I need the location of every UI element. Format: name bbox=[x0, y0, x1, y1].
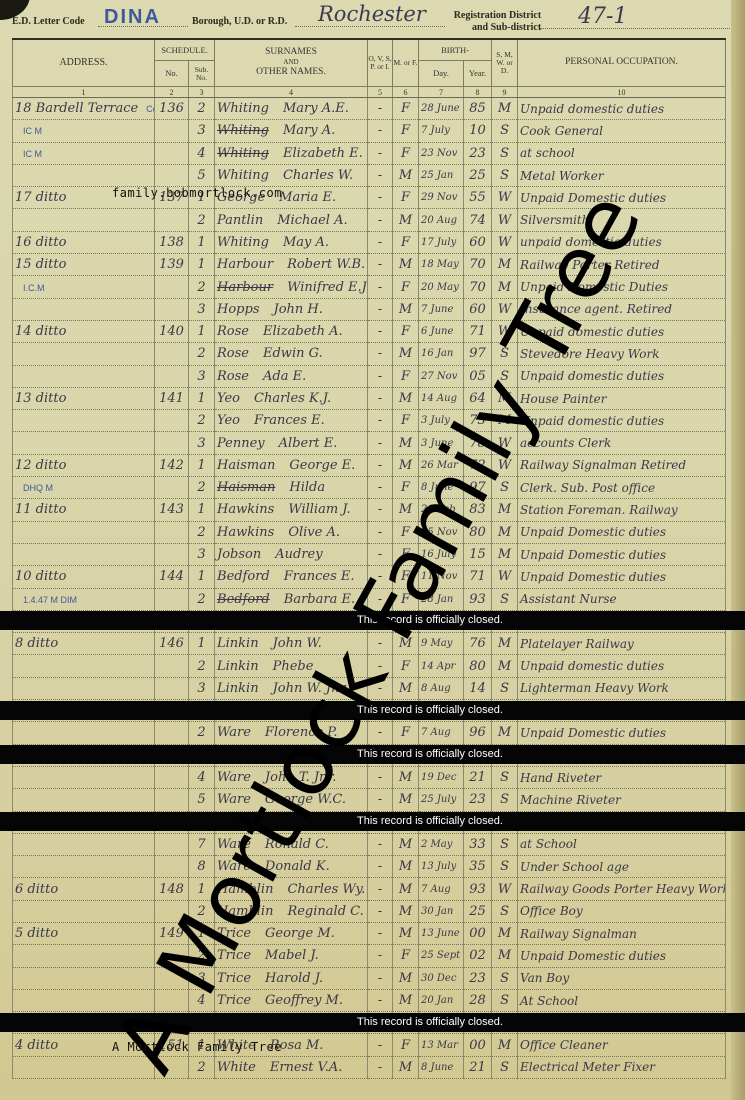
surname: Linkin bbox=[217, 636, 259, 651]
given-names: Michael A. bbox=[277, 213, 347, 228]
cell-name: WhitingElizabeth E. bbox=[215, 142, 368, 164]
column-number: 9 bbox=[492, 87, 518, 98]
cell-no bbox=[155, 789, 189, 811]
cell-address: 12 ditto bbox=[13, 454, 155, 476]
surname: Whiting bbox=[217, 101, 269, 116]
cell-occupation: at School bbox=[518, 833, 726, 855]
cell-occupation: Unpaid domestic duties bbox=[518, 98, 726, 120]
cell-year: 33 bbox=[464, 833, 492, 855]
surname: Rose bbox=[217, 369, 249, 384]
cell-status: M bbox=[492, 633, 518, 655]
cell-status: M bbox=[492, 543, 518, 565]
cell-address bbox=[13, 856, 155, 878]
cell-occupation: Clerk. Sub. Post office bbox=[518, 477, 726, 499]
cell-sex: F bbox=[393, 945, 419, 967]
cell-occupation: Railway Signalman Retired bbox=[518, 454, 726, 476]
given-names: George E. bbox=[289, 458, 355, 473]
cell-sub: 2 bbox=[189, 588, 215, 610]
cell-day: 17 July bbox=[419, 231, 464, 253]
cell-o: - bbox=[368, 254, 393, 276]
cell-sex: M bbox=[393, 766, 419, 788]
given-names: John H. bbox=[274, 302, 323, 317]
cell-name: WhitingMary A. bbox=[215, 120, 368, 142]
cell-address: 18 Bardell TerraceContd bbox=[13, 98, 155, 120]
cell-day: 16 Jan bbox=[419, 343, 464, 365]
cell-status: M bbox=[492, 945, 518, 967]
surname: Bedford bbox=[217, 569, 270, 584]
census-register-page: E.D. Letter Code DINA Borough, U.D. or R… bbox=[0, 0, 745, 1100]
cell-sub: 2 bbox=[189, 521, 215, 543]
given-names: Albert E. bbox=[279, 436, 338, 451]
col-schedule-no: No. bbox=[155, 61, 189, 87]
cell-status: S bbox=[492, 120, 518, 142]
surname: Whiting bbox=[217, 235, 269, 250]
cell-sex: M bbox=[393, 833, 419, 855]
cell-status: S bbox=[492, 677, 518, 699]
cell-sex: F bbox=[393, 120, 419, 142]
cell-sex: F bbox=[393, 320, 419, 342]
cell-o: - bbox=[368, 833, 393, 855]
cell-name: WhitingMary A.E. bbox=[215, 98, 368, 120]
cell-address bbox=[13, 677, 155, 699]
cell-sub: 5 bbox=[189, 789, 215, 811]
cell-no bbox=[155, 722, 189, 744]
cell-sub: 2 bbox=[189, 276, 215, 298]
given-names: William J. bbox=[288, 502, 350, 517]
cell-status: S bbox=[492, 789, 518, 811]
cell-o: - bbox=[368, 142, 393, 164]
cell-year: 80 bbox=[464, 655, 492, 677]
cell-year: 23 bbox=[464, 789, 492, 811]
col-birth-year: Year. bbox=[464, 61, 492, 87]
cell-sub: 4 bbox=[189, 142, 215, 164]
cell-occupation: Unpaid Domestic duties bbox=[518, 566, 726, 588]
census-row: DHQ M2HaismanHilda-F8 June97SClerk. Sub.… bbox=[13, 477, 726, 499]
registration-label-line-1: Registration District bbox=[454, 10, 541, 21]
cell-day: 7 July bbox=[419, 120, 464, 142]
margin-annotation: IC M bbox=[23, 126, 42, 136]
census-row: 7WareRonald C.-M2 May33Sat School bbox=[13, 833, 726, 855]
closed-record-text: This record is officially closed. bbox=[357, 812, 503, 831]
cell-year: 70 bbox=[464, 254, 492, 276]
cell-day: 23 Nov bbox=[419, 142, 464, 164]
census-row: 6 ditto1481HamblinCharles Wy.-M7 Aug93WR… bbox=[13, 878, 726, 900]
cell-address bbox=[13, 766, 155, 788]
cell-no bbox=[155, 120, 189, 142]
cell-no: 144 bbox=[155, 566, 189, 588]
address: 5 ditto bbox=[15, 926, 58, 941]
column-number: 5 bbox=[368, 87, 393, 98]
address: 13 ditto bbox=[15, 391, 66, 406]
given-names: Ada E. bbox=[263, 369, 306, 384]
closed-record-text: This record is officially closed. bbox=[357, 1013, 503, 1032]
cell-occupation: Unpaid Domestic duties bbox=[518, 945, 726, 967]
cell-address bbox=[13, 432, 155, 454]
cell-name: RoseElizabeth A. bbox=[215, 320, 368, 342]
cell-name: YeoCharles K.J. bbox=[215, 387, 368, 409]
cell-occupation: Cook General bbox=[518, 120, 726, 142]
cell-year: 21 bbox=[464, 1056, 492, 1078]
cell-no bbox=[155, 365, 189, 387]
given-names: George M. bbox=[265, 926, 335, 941]
cell-status: W bbox=[492, 566, 518, 588]
cell-status: S bbox=[492, 900, 518, 922]
surname: Pantlin bbox=[217, 213, 263, 228]
address: 10 ditto bbox=[15, 569, 66, 584]
given-names: Frances E. bbox=[284, 569, 355, 584]
cell-no bbox=[155, 677, 189, 699]
cell-sub: 1 bbox=[189, 254, 215, 276]
cell-no bbox=[155, 209, 189, 231]
cell-no bbox=[155, 588, 189, 610]
margin-annotation: DHQ M bbox=[23, 483, 53, 493]
cell-day: 20 Aug bbox=[419, 209, 464, 231]
cell-no: 146 bbox=[155, 633, 189, 655]
cell-day: 19 Dec bbox=[419, 766, 464, 788]
cell-o: - bbox=[368, 945, 393, 967]
cell-sub: 1 bbox=[189, 231, 215, 253]
cell-address: 14 ditto bbox=[13, 320, 155, 342]
given-names: Reginald C. bbox=[287, 904, 363, 919]
given-names: Geoffrey M. bbox=[265, 993, 343, 1008]
cell-o: - bbox=[368, 209, 393, 231]
cell-status: M bbox=[492, 922, 518, 944]
cell-status: M bbox=[492, 1034, 518, 1056]
column-number: 4 bbox=[215, 87, 368, 98]
surname: Harbour bbox=[217, 257, 273, 272]
closed-record-bar: This record is officially closed. bbox=[0, 812, 745, 831]
cell-year: 02 bbox=[464, 945, 492, 967]
cell-name: PantlinMichael A. bbox=[215, 209, 368, 231]
census-row: 3TriceHarold J.-M30 Dec23SVan Boy bbox=[13, 967, 726, 989]
cell-o: - bbox=[368, 454, 393, 476]
census-row: 12 ditto1421HaismanGeorge E.-M26 Mar72WR… bbox=[13, 454, 726, 476]
given-names: Charles K.J. bbox=[254, 391, 331, 406]
cell-sex: F bbox=[393, 410, 419, 432]
cell-year: 28 bbox=[464, 989, 492, 1011]
address: 17 ditto bbox=[15, 190, 66, 205]
census-row: 11 ditto1431HawkinsWilliam J.-M21 Feb83M… bbox=[13, 499, 726, 521]
footer-watermark: A Mortlock Family Tree bbox=[112, 1040, 282, 1054]
cell-address bbox=[13, 655, 155, 677]
cell-o: - bbox=[368, 120, 393, 142]
cell-sub: 1 bbox=[189, 499, 215, 521]
cell-o: - bbox=[368, 766, 393, 788]
census-row: 5WareGeorge W.C.-M25 July23SMachine Rive… bbox=[13, 789, 726, 811]
cell-occupation: Unpaid Domestic duties bbox=[518, 543, 726, 565]
given-names: Olive A. bbox=[288, 525, 340, 540]
cell-day: 8 June bbox=[419, 1056, 464, 1078]
cell-sub: 3 bbox=[189, 432, 215, 454]
cell-no bbox=[155, 856, 189, 878]
cell-sub: 3 bbox=[189, 298, 215, 320]
cell-sub: 2 bbox=[189, 477, 215, 499]
cell-address bbox=[13, 365, 155, 387]
cell-o: - bbox=[368, 410, 393, 432]
cell-occupation: Unpaid Domestic duties bbox=[518, 722, 726, 744]
cell-day: 7 June bbox=[419, 298, 464, 320]
cell-occupation: Machine Riveter bbox=[518, 789, 726, 811]
registration-district-label: Registration District and Sub-district bbox=[450, 10, 541, 33]
cell-status: M bbox=[492, 722, 518, 744]
cell-address bbox=[13, 298, 155, 320]
cell-address bbox=[13, 543, 155, 565]
cell-sub: 3 bbox=[189, 120, 215, 142]
cell-sub: 2 bbox=[189, 98, 215, 120]
surname: Yeo bbox=[217, 413, 240, 428]
given-names: Mabel J. bbox=[265, 948, 319, 963]
census-row: IC M3WhitingMary A.-F7 July10SCook Gener… bbox=[13, 120, 726, 142]
cell-status: M bbox=[492, 655, 518, 677]
surname: Linkin bbox=[217, 681, 259, 696]
cell-no bbox=[155, 521, 189, 543]
cell-sub: 3 bbox=[189, 365, 215, 387]
cell-day: 28 June bbox=[419, 98, 464, 120]
cell-status: S bbox=[492, 1056, 518, 1078]
cell-year: 93 bbox=[464, 878, 492, 900]
cell-year: 25 bbox=[464, 164, 492, 186]
cell-occupation: Van Boy bbox=[518, 967, 726, 989]
cell-year: 00 bbox=[464, 922, 492, 944]
given-names: Maria E. bbox=[279, 190, 336, 205]
cell-year: 60 bbox=[464, 298, 492, 320]
cell-no: 140 bbox=[155, 320, 189, 342]
cell-name: WhitingMay A. bbox=[215, 231, 368, 253]
cell-o: - bbox=[368, 1034, 393, 1056]
cell-o: - bbox=[368, 343, 393, 365]
cell-sex: M bbox=[393, 967, 419, 989]
cell-o: - bbox=[368, 320, 393, 342]
column-number: 1 bbox=[13, 87, 155, 98]
cell-status: S bbox=[492, 766, 518, 788]
cell-address: 13 ditto bbox=[13, 387, 155, 409]
cell-day: 18 May bbox=[419, 254, 464, 276]
cell-occupation: Hand Riveter bbox=[518, 766, 726, 788]
surname: Whiting bbox=[217, 123, 269, 138]
cell-sub: 2 bbox=[189, 343, 215, 365]
cell-occupation: accounts Clerk bbox=[518, 432, 726, 454]
cell-address: DHQ M bbox=[13, 477, 155, 499]
given-names: Frances E. bbox=[254, 413, 325, 428]
cell-year: 21 bbox=[464, 766, 492, 788]
surname: Ware bbox=[217, 725, 251, 740]
given-names: Harold J. bbox=[265, 971, 323, 986]
given-names: Edwin G. bbox=[263, 346, 323, 361]
registration-label-line-2: and Sub-district bbox=[450, 22, 541, 33]
address: 16 ditto bbox=[15, 235, 66, 250]
cell-year: 10 bbox=[464, 120, 492, 142]
cell-address: 6 ditto bbox=[13, 878, 155, 900]
census-row: 2HawkinsOlive A.-F25 Nov80MUnpaid Domest… bbox=[13, 521, 726, 543]
cell-name: HoppsJohn H. bbox=[215, 298, 368, 320]
cell-name: HarbourWinifred E.J. bbox=[215, 276, 368, 298]
cell-day: 25 July bbox=[419, 789, 464, 811]
census-row: 2YeoFrances E.-F3 July73MUnpaid domestic… bbox=[13, 410, 726, 432]
col-address: ADDRESS. bbox=[13, 39, 155, 87]
surname: Bedford bbox=[217, 592, 270, 607]
cell-no: 141 bbox=[155, 387, 189, 409]
cell-no bbox=[155, 164, 189, 186]
cell-status: W bbox=[492, 878, 518, 900]
registration-district-value: 47-1 bbox=[578, 4, 627, 29]
column-number: 2 bbox=[155, 87, 189, 98]
cell-name: HarbourRobert W.B. bbox=[215, 254, 368, 276]
surname: Rose bbox=[217, 324, 249, 339]
cell-occupation: Unpaid domestic duties bbox=[518, 655, 726, 677]
cell-sex: M bbox=[393, 298, 419, 320]
given-names: Charles Wy. bbox=[287, 882, 365, 897]
cell-sex: M bbox=[393, 789, 419, 811]
given-names: Elizabeth E. bbox=[283, 146, 363, 161]
cell-status: S bbox=[492, 588, 518, 610]
cell-address bbox=[13, 410, 155, 432]
cell-sex: F bbox=[393, 276, 419, 298]
cell-occupation: Unpaid Domestic duties bbox=[518, 521, 726, 543]
given-names: Elizabeth A. bbox=[263, 324, 343, 339]
surname: Penney bbox=[217, 436, 265, 451]
cell-occupation: Station Foreman. Railway bbox=[518, 499, 726, 521]
census-row: 2HamblinReginald C.-M30 Jan25SOffice Boy bbox=[13, 900, 726, 922]
cell-name: WhitingCharles W. bbox=[215, 164, 368, 186]
given-names: Winifred E.J. bbox=[287, 280, 367, 295]
cell-address: 5 ditto bbox=[13, 922, 155, 944]
cell-status: M bbox=[492, 521, 518, 543]
cell-day: 29 Nov bbox=[419, 187, 464, 209]
cell-status: S bbox=[492, 833, 518, 855]
surname: Rose bbox=[217, 346, 249, 361]
cell-address: 10 ditto bbox=[13, 566, 155, 588]
registration-dotline bbox=[540, 28, 730, 29]
cell-year: 76 bbox=[464, 633, 492, 655]
cell-day: 27 Nov bbox=[419, 365, 464, 387]
cell-name: HawkinsOlive A. bbox=[215, 521, 368, 543]
surname: Hawkins bbox=[217, 525, 274, 540]
cell-no: 138 bbox=[155, 231, 189, 253]
cell-occupation: Railway Goods Porter Heavy Work bbox=[518, 878, 726, 900]
margin-annotation: I.C.M bbox=[23, 283, 45, 293]
column-number: 7 bbox=[419, 87, 464, 98]
cell-day: 8 Aug bbox=[419, 677, 464, 699]
cell-no: 143 bbox=[155, 499, 189, 521]
address: 12 ditto bbox=[15, 458, 66, 473]
cell-status: S bbox=[492, 967, 518, 989]
cell-sex: F bbox=[393, 231, 419, 253]
cell-day: 20 May bbox=[419, 276, 464, 298]
cell-address: 8 ditto bbox=[13, 633, 155, 655]
cell-name: JobsonAudrey bbox=[215, 543, 368, 565]
given-names: Mary A. bbox=[283, 123, 335, 138]
surname: Whiting bbox=[217, 146, 269, 161]
cell-address bbox=[13, 945, 155, 967]
cell-address: IC M bbox=[13, 142, 155, 164]
cell-o: - bbox=[368, 164, 393, 186]
census-row: 2TriceMabel J.-F25 Sept02MUnpaid Domesti… bbox=[13, 945, 726, 967]
cell-sub: 2 bbox=[189, 655, 215, 677]
cell-sex: F bbox=[393, 98, 419, 120]
cell-sex: M bbox=[393, 989, 419, 1011]
address: 6 ditto bbox=[15, 882, 58, 897]
cell-name: HaismanHilda bbox=[215, 477, 368, 499]
cell-o: - bbox=[368, 989, 393, 1011]
cell-o: - bbox=[368, 856, 393, 878]
cell-year: 23 bbox=[464, 967, 492, 989]
census-row: IC M4WhitingElizabeth E.-F23 Nov23Sat sc… bbox=[13, 142, 726, 164]
cell-no bbox=[155, 142, 189, 164]
cell-sub: 3 bbox=[189, 677, 215, 699]
borough-dotline bbox=[295, 26, 445, 27]
address: 18 Bardell Terrace bbox=[15, 101, 138, 116]
surname: Linkin bbox=[217, 659, 259, 674]
cell-name: YeoFrances E. bbox=[215, 410, 368, 432]
cell-sub: 1 bbox=[189, 566, 215, 588]
cell-o: - bbox=[368, 1056, 393, 1078]
url-watermark: family.bobmortlock.com bbox=[112, 186, 282, 200]
cell-name: BedfordFrances E. bbox=[215, 566, 368, 588]
cell-no bbox=[155, 343, 189, 365]
cell-o: - bbox=[368, 98, 393, 120]
given-names: Audrey bbox=[275, 547, 322, 562]
census-row: 2WhiteErnest V.A.-M8 June21SElectrical M… bbox=[13, 1056, 726, 1078]
cell-no bbox=[155, 298, 189, 320]
cell-day: 13 June bbox=[419, 922, 464, 944]
column-number-row: 12345678910 bbox=[13, 87, 726, 98]
cell-no bbox=[155, 410, 189, 432]
col-schedule: SCHEDULE. bbox=[155, 39, 215, 61]
cell-sub: 2 bbox=[189, 410, 215, 432]
cell-name: RoseEdwin G. bbox=[215, 343, 368, 365]
cell-o: - bbox=[368, 231, 393, 253]
closed-record-text: This record is officially closed. bbox=[357, 745, 503, 764]
column-number: 10 bbox=[518, 87, 726, 98]
census-row: 18 Bardell TerraceContd1362WhitingMary A… bbox=[13, 98, 726, 120]
cell-year: 93 bbox=[464, 588, 492, 610]
census-row: 3PenneyAlbert E.-M3 June78Waccounts Cler… bbox=[13, 432, 726, 454]
cell-address bbox=[13, 900, 155, 922]
margin-annotation: IC M bbox=[23, 149, 42, 159]
col-sex: M. or F. bbox=[393, 39, 419, 87]
census-row: 14 ditto1401RoseElizabeth A.-F6 June71WU… bbox=[13, 320, 726, 342]
cell-year: 74 bbox=[464, 209, 492, 231]
cell-occupation: Assistant Nurse bbox=[518, 588, 726, 610]
address: 11 ditto bbox=[15, 502, 66, 517]
cell-day: 25 Sept bbox=[419, 945, 464, 967]
cell-occupation: Railway Signalman bbox=[518, 922, 726, 944]
cell-sex: M bbox=[393, 878, 419, 900]
census-row: 5WhitingCharles W.-M25 Jan25SMetal Worke… bbox=[13, 164, 726, 186]
col-birth-day: Day. bbox=[419, 61, 464, 87]
cell-no bbox=[155, 432, 189, 454]
cell-sex: F bbox=[393, 142, 419, 164]
cell-name: TriceGeoffrey M. bbox=[215, 989, 368, 1011]
cell-year: 23 bbox=[464, 142, 492, 164]
cell-year: 85 bbox=[464, 98, 492, 120]
cell-status: S bbox=[492, 989, 518, 1011]
col-marital-status: S, M, W. or D. bbox=[492, 39, 518, 87]
surname: Hawkins bbox=[217, 502, 274, 517]
cell-sex: F bbox=[393, 722, 419, 744]
cell-occupation: at school bbox=[518, 142, 726, 164]
address: 14 ditto bbox=[15, 324, 66, 339]
cell-o: - bbox=[368, 922, 393, 944]
cell-sex: F bbox=[393, 365, 419, 387]
cell-year: 00 bbox=[464, 1034, 492, 1056]
cell-no bbox=[155, 655, 189, 677]
cell-o: - bbox=[368, 878, 393, 900]
census-row: 5 ditto1491TriceGeorge M.-M13 June00MRai… bbox=[13, 922, 726, 944]
cell-day: 2 May bbox=[419, 833, 464, 855]
surname: Whiting bbox=[217, 168, 269, 183]
col-ovspi: O, V, S, P. or I. bbox=[368, 39, 393, 87]
